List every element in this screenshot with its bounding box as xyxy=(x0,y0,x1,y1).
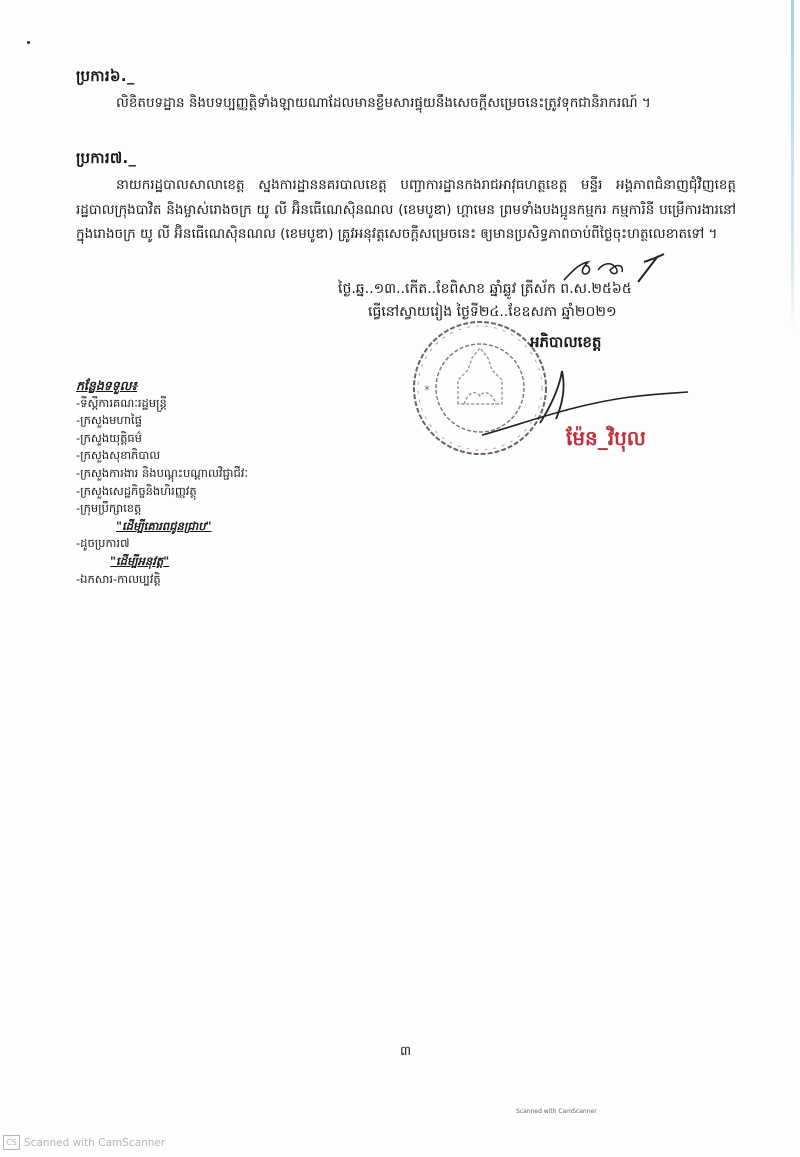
article-7-text: នាយករដ្ឋបាលសាលាខេត្ត ស្នងការដ្ឋាននគរបាលខ… xyxy=(76,173,736,247)
recipients-heading: កន្លែងទទួល៖ xyxy=(76,377,248,395)
recipients-list: កន្លែងទទួល៖ -ទីស្តីការគណៈរដ្ឋមន្ត្រី -ក្… xyxy=(76,377,248,588)
recipient-item: -ក្រសួងមហាផ្ទៃ xyxy=(76,412,248,430)
lunar-date: ថ្ងៃ.ឆ្ន..១៣..កើត..ខែពិសាខ ឆ្នាំឆ្លូវ ត្… xyxy=(338,279,632,300)
camscanner-footer-text: Scanned with CamScanner xyxy=(24,1137,165,1149)
svg-text:*: * xyxy=(424,383,430,397)
recipient-item: -ក្រសួងសុខាភិបាល xyxy=(76,447,248,465)
article-7-heading: ប្រការ៧._ xyxy=(76,149,136,171)
page-number: ៣ xyxy=(400,1043,411,1062)
governor-title: អភិបាលខេត្ត xyxy=(530,333,601,355)
camscanner-logo-icon: CS xyxy=(3,1135,20,1150)
article-6-text: លិខិតបទដ្ឋាន និងបទប្បញ្ញត្តិទាំងឡាយណាដែល… xyxy=(76,91,736,116)
article-7-body: នាយករដ្ឋបាលសាលាខេត្ត ស្នងការដ្ឋាននគរបាលខ… xyxy=(76,177,736,242)
recipient-item: -ទីស្តីការគណៈរដ្ឋមន្ត្រី xyxy=(76,395,248,413)
article-6-heading: ប្រការ៦._ xyxy=(76,67,135,89)
recipient-item: -ក្រុមប្រឹក្សាខេត្ត xyxy=(76,500,248,518)
recipient-item: -ដូចប្រការ៧ xyxy=(76,535,248,553)
recipients-subheading-for-information: "ដើម្បីគោរពជូនជ្រាប" xyxy=(116,519,211,533)
article-6-body: លិខិតបទដ្ឋាន និងបទប្បញ្ញត្តិទាំងឡាយណាដែល… xyxy=(116,95,651,111)
scan-edge-line xyxy=(791,0,794,330)
camscanner-footer: CS Scanned with CamScanner xyxy=(3,1135,165,1150)
scanned-document-page: ប្រការ៦._ លិខិតបទដ្ឋាន និងបទប្បញ្ញត្តិទា… xyxy=(0,0,800,1157)
recipients-subheading-for-implementation: "ដើម្បីអនុវត្ត" xyxy=(110,554,169,568)
recipient-item: -ឯកសារ-កាលប្បវត្តិ xyxy=(76,571,248,589)
camscanner-watermark-small: Scanned with CamScanner xyxy=(516,1108,597,1115)
scan-speck xyxy=(27,41,30,44)
recipient-item: -ក្រសួងការងារ និងបណ្តុះបណ្តាលវិជ្ជាជីវៈ xyxy=(76,465,248,483)
recipient-item: -ក្រសួងសេដ្ឋកិច្ចនិងហិរញ្ញវត្ថុ xyxy=(76,483,248,501)
signer-name: ម៉ែន_វិបុល xyxy=(566,425,646,455)
recipient-item: -ក្រសួងយុត្តិធម៌ xyxy=(76,430,248,448)
